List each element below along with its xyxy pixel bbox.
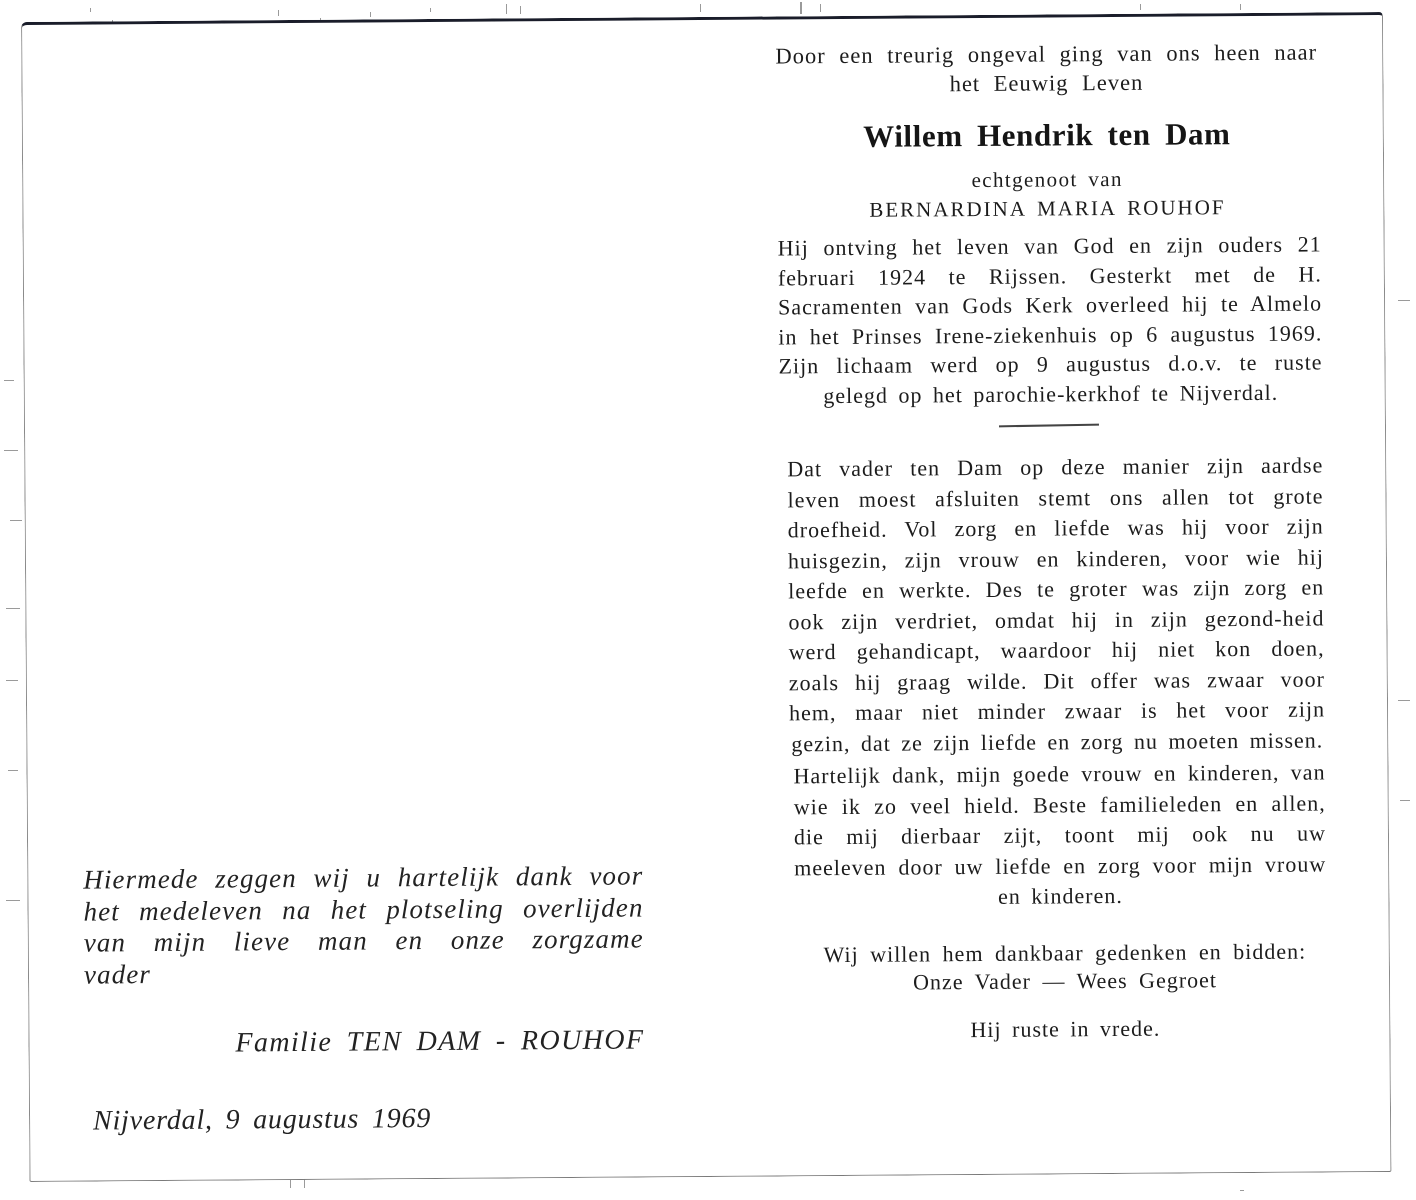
farewell-text: Hartelijk dank, mijn goede vrouw en kind… xyxy=(793,757,1326,913)
spouse-name: BERNARDINA MARIA ROUHOF xyxy=(773,194,1321,223)
deceased-name: Willem Hendrik ten Dam xyxy=(773,115,1321,155)
obituary-panel: Door een treurig ongeval ging van ons he… xyxy=(772,37,1327,1043)
memorial-card: Hiermede zeggen wij u hartelijk dank voo… xyxy=(21,12,1391,1182)
acknowledgement-panel: Hiermede zeggen wij u hartelijk dank voo… xyxy=(83,860,645,1137)
spouse-label: echtgenoot van xyxy=(773,165,1321,194)
prayer-intro: Wij willen hem dankbaar gedenken en bidd… xyxy=(803,938,1327,968)
section-divider xyxy=(999,424,1099,428)
intro-text: Door een treurig ongeval ging van ons he… xyxy=(772,37,1320,99)
family-signature: Familie TEN DAM - ROUHOF xyxy=(84,1024,644,1060)
closing-text: Hij ruste in vrede. xyxy=(803,1014,1327,1044)
prayer-names: Onze Vader — Wees Gegroet xyxy=(803,966,1327,996)
biography-text: Hij ontving het leven van God en zijn ou… xyxy=(778,229,1323,410)
place-date: Nijverdal, 9 augustus 1969 xyxy=(93,1101,645,1137)
tribute-text: Dat vader ten Dam op deze manier zijn aa… xyxy=(787,450,1325,759)
thanks-text: Hiermede zeggen wij u hartelijk dank voo… xyxy=(83,860,644,990)
